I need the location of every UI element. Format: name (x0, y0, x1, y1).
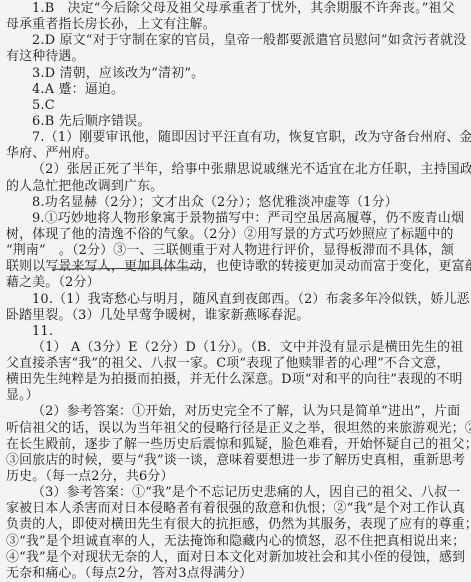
document-line: 有这种待遇。 (6, 49, 85, 65)
document-line: 无奈和痛心。（每点2分，答对3点得满分） (6, 566, 252, 582)
document-line: 2.D 原文“对于守制在家的官员，皇帝一般都要派遣官员慰问”如贪污者就没 (32, 33, 466, 49)
document-line: “荆南” 。（2分）③一、三联侧重于对人物进行评价，显得板滞而不具体，颔 (6, 243, 454, 259)
document-line: （2）参考答案：①开始，对历史完全不了解，认为只是简单“进出”，片面 (32, 404, 460, 420)
document-line: （2）张居正死了半年，给事中张鼎思说戚继光不适宜在北方任职，主持国政 (32, 162, 471, 178)
document-line: 显。） (6, 388, 39, 404)
document-line: 负责的人，即使对横田先生有很大的抗拒感，仍然为其服务，表现了应有的尊重； (6, 517, 471, 533)
document-line: 3.D 清朝，应该改为“清初”。 (32, 66, 204, 82)
document-line: 10.（1）我寄愁心与明月，随风直到夜郎西。（2）布衾多年冷似铁，娇儿恶 (32, 292, 470, 308)
document-line: 11. (32, 324, 53, 340)
answer-key-page: 1.B 决定“今后除父母及祖父母承重者丁忧外，其余期服不许奔丧。”祖父母承重者指… (0, 0, 471, 582)
document-line: 家被日本人杀害而对日本侵略者有着很强的敌意和仇恨；②“我”是个对工作认真 (6, 501, 465, 517)
document-line: 华府、严州府。 (6, 146, 98, 162)
document-line: 1.B 决定“今后除父母及祖父母承重者丁忧外，其余期服不许奔丧。”祖父 (32, 1, 455, 17)
document-line: （3）参考答案：①“我”是个不忘记历史悲痛的人，因自己的祖父、八叔一 (32, 485, 460, 501)
document-line: 联则以写景来写人，更加具体生动，也使诗歌的转接更加灵动而富于变化，更富蕴 (6, 259, 471, 275)
document-line: 横田先生纯粹是为拍摄而拍摄，并无什么深意。D项“对和平的向往”表现的不明 (6, 372, 463, 388)
document-line: ③“我”是个坦诚直率的人，无法掩饰和隐藏内心的愤怒，忍不住把真相说出来； (6, 534, 465, 550)
document-line: 8.功名显赫（2分）；文才出众（2分）；悠优雅淡冲虚等（1分） (32, 195, 398, 211)
document-line: 5.C (32, 98, 55, 114)
document-line: 树，体现了他的清逸不俗的气象。（2分）②用写景的方式巧妙照应了标题中的 (6, 227, 454, 243)
document-line: 在长生殿前，逐步了解一些历史后震惊和狐疑，脸色难看，开始怀疑自己的祖父； (6, 437, 471, 453)
document-line: 4.A 蹙：逼迫。 (32, 82, 124, 98)
document-line: 藉之美。（2分） (6, 275, 100, 291)
document-line: 6.B 先后顺序错误。 (32, 114, 150, 130)
document-line: 父直接杀害“我”的祖父、八叔一家。C项“表现了他赎罪者的心理”不合文意， (6, 356, 450, 372)
document-line: 历史。（每一点2分，共6分） (6, 469, 174, 485)
document-line: 听信祖父的话，误以为当年祖父的侵略行径是正义之举，很坦然的来旅游观光；② (6, 421, 471, 437)
document-line: 母承重者指长房长孙，上文有注解。 (6, 17, 216, 33)
document-line: ③回旅店的时候，要与“我”谈一谈，意味着要想进一步了解历史真相，重新思考 (6, 453, 465, 469)
document-line: 的人急忙把他改调到广东。 (6, 179, 163, 195)
document-line: 9.①巧妙地将人物形象寓于景物描写中：严司空虽居高履尊，仍不废青山烟 (32, 211, 464, 227)
document-line: 卧踏里裂。（3）几处早莺争暖树，谁家新燕啄春泥。 (6, 308, 309, 324)
document-line: 7.（1）刚要审讯他，随即因讨平汪直有功，恢复官职，改为守备台州府、金 (32, 130, 471, 146)
document-line: （1） A（3分）E（2分）D（1分）。（B．文中并没有显示是横田先生的祖 (32, 340, 463, 356)
document-line: ④“我”是个对现状无奈的人，面对日本文化对新加坡社会和其小侄的侵蚀，感到 (6, 550, 465, 566)
